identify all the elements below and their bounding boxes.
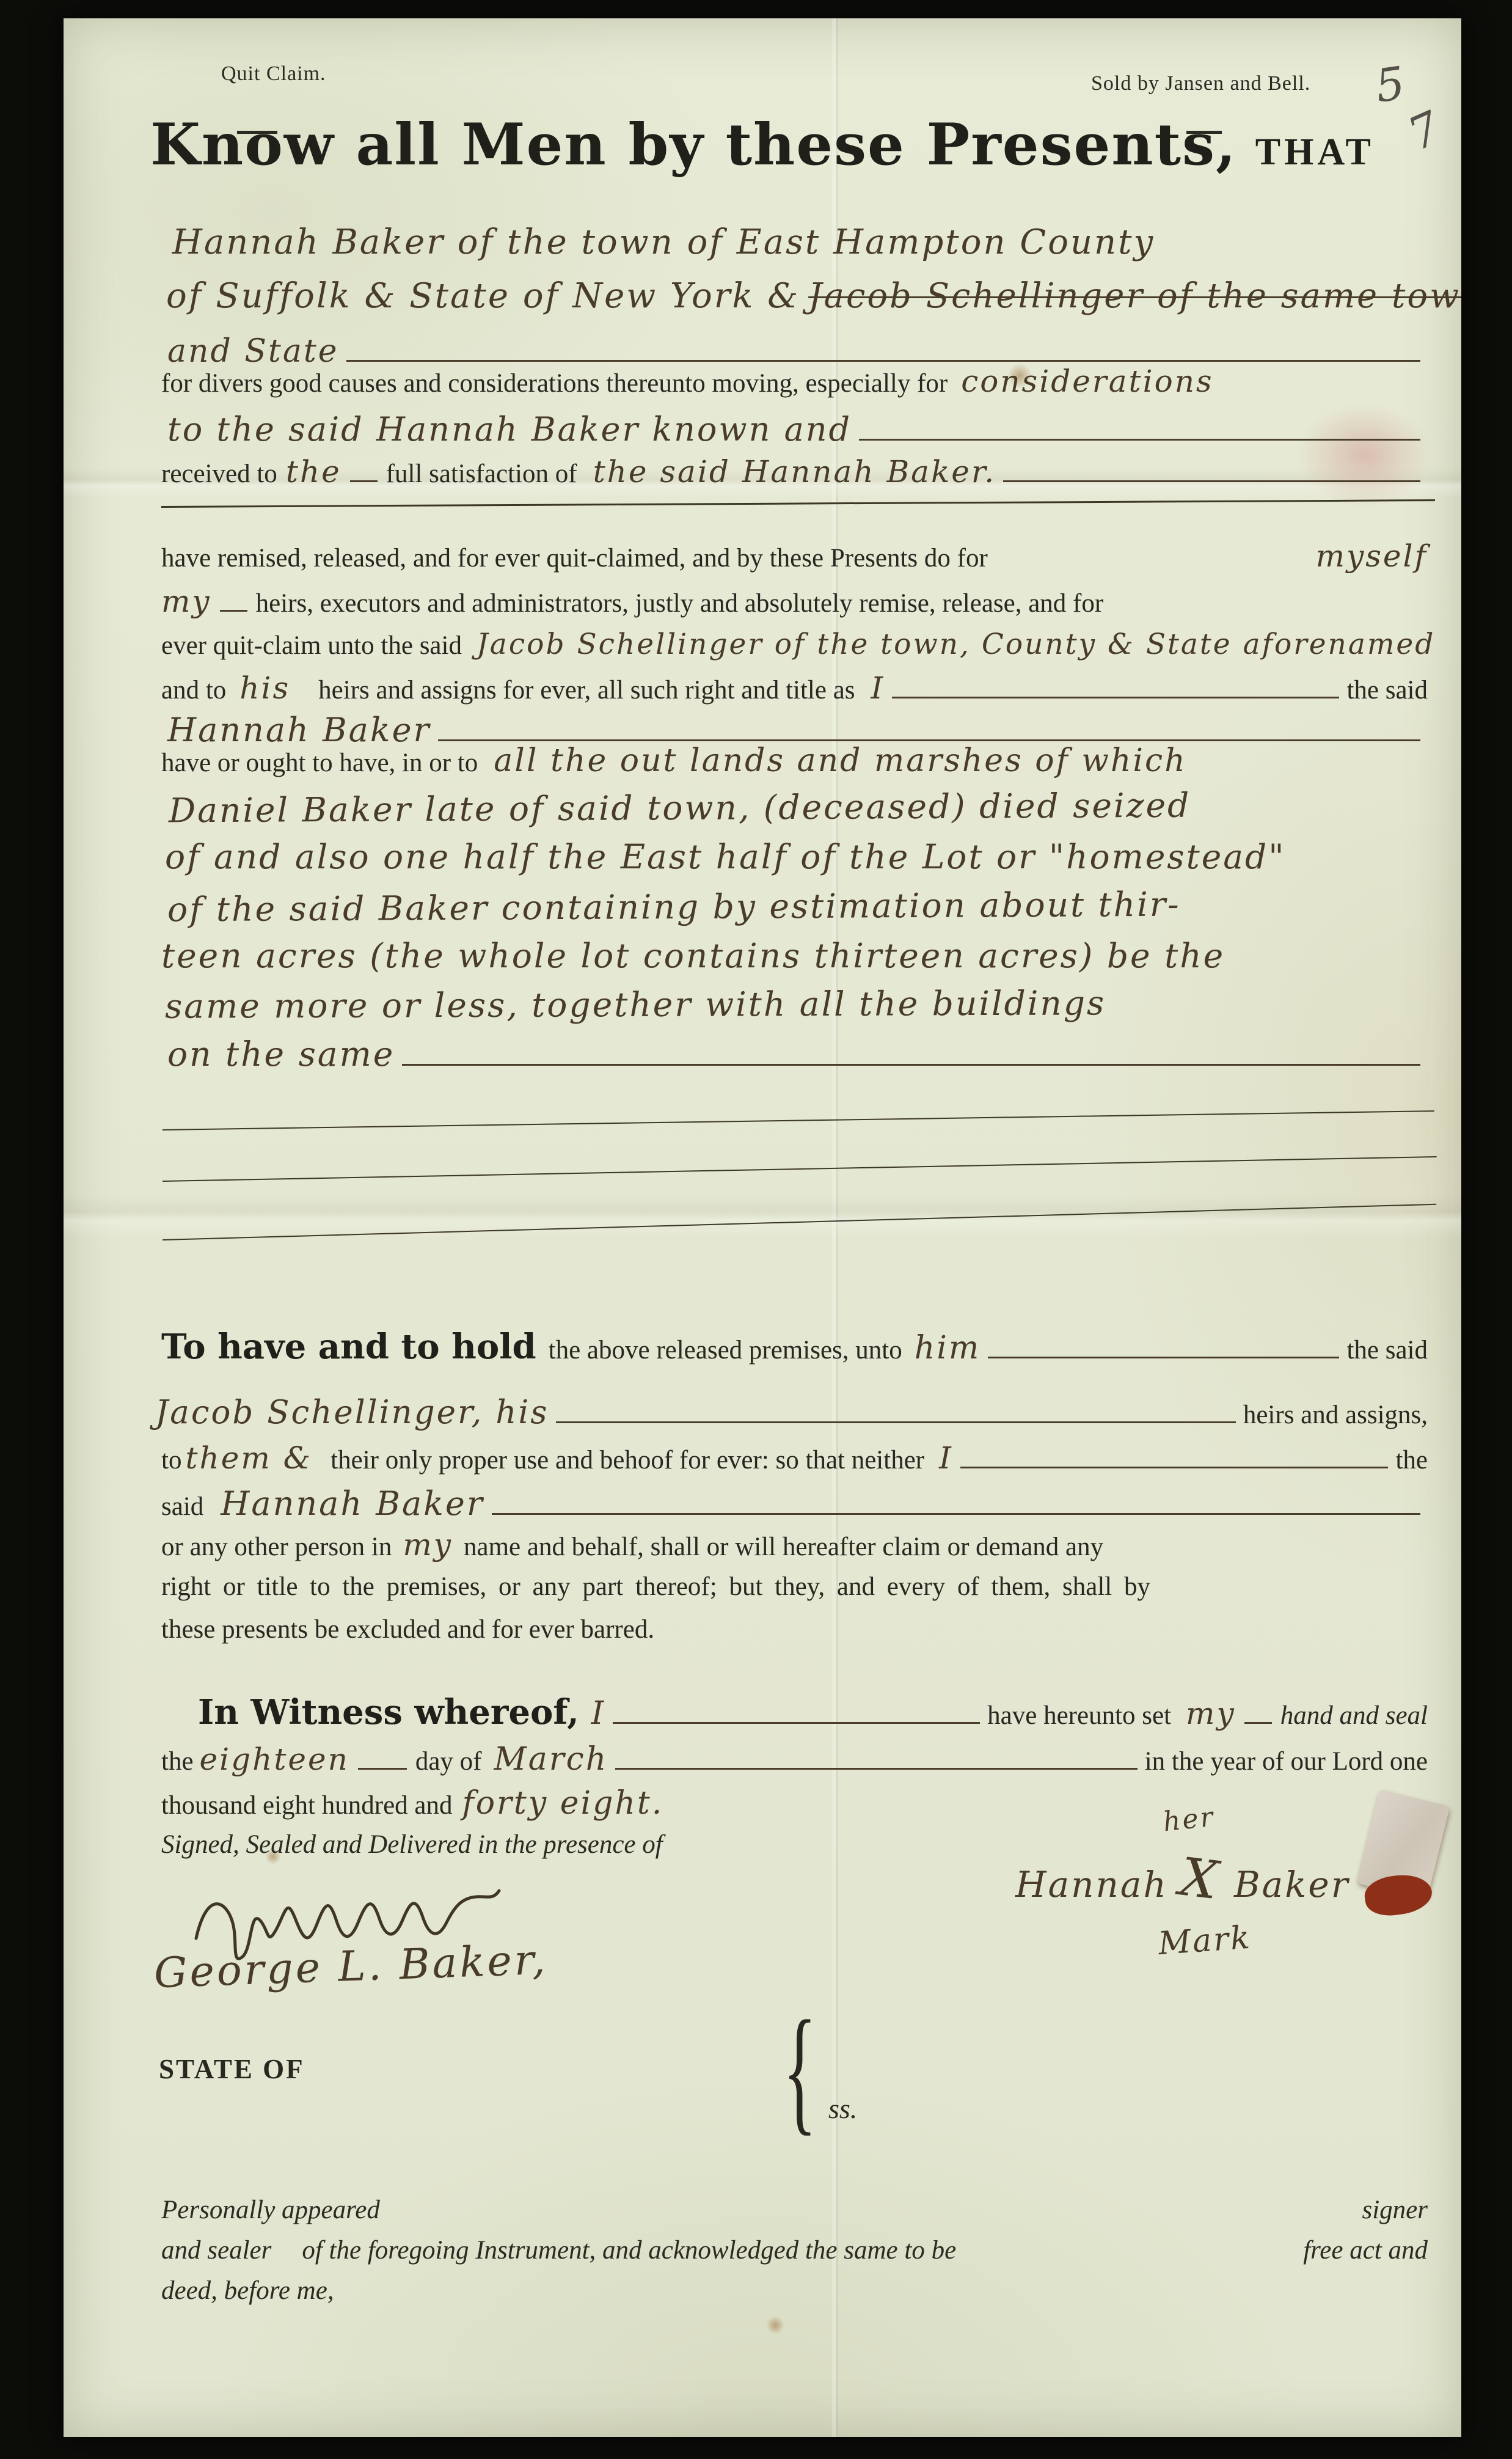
hw-grantor2: Hannah Baker <box>221 1485 484 1523</box>
hw-on-the-same-line: on the same <box>167 1035 1428 1074</box>
state-of-text: STATE OF <box>159 2054 305 2084</box>
print-the2: the <box>1395 1445 1428 1475</box>
witness-line1: In Witness whereof, I have hereunto set … <box>161 1693 1428 1732</box>
print-signed-sealed: Signed, Sealed and Delivered in the pres… <box>161 1830 663 1860</box>
blank-rule <box>346 360 1421 362</box>
blank-rule <box>556 1421 1235 1423</box>
print-said: said <box>161 1492 203 1522</box>
release-line3: ever quit-claim unto the said Jacob Sche… <box>161 628 1428 661</box>
hw-mark-label: Mark <box>1157 1921 1252 1962</box>
blank-rule <box>492 1513 1420 1515</box>
consideration-line: for divers good causes and consideration… <box>161 364 1428 400</box>
habendum-line4: said Hannah Baker <box>161 1485 1428 1523</box>
habendum-line1: To have and to hold the above released p… <box>161 1327 1428 1367</box>
hw-my3: my <box>1186 1696 1236 1732</box>
hw-known-and: to the said Hannah Baker known and <box>167 411 852 449</box>
digit-5: 5 <box>1372 57 1408 113</box>
print-year-of-lord: in the year of our Lord one <box>1145 1746 1428 1776</box>
hw-myself: myself <box>1316 539 1428 574</box>
satisfaction-line: received to the full satisfaction of the… <box>161 455 1428 490</box>
page-number-digit: 5 <box>1372 57 1408 113</box>
hw-his: his <box>239 671 290 706</box>
habendum-line6: right or title to the premises, or any p… <box>161 1572 1428 1602</box>
hw-known-line: to the said Hannah Baker known and <box>167 411 1428 449</box>
scanned-document: Quit Claim. Sold by Jansen and Bell. 5 7… <box>0 0 1512 2459</box>
print-personally-appeared: Personally appeared <box>161 2195 380 2225</box>
quit-claim-text: Quit Claim. <box>221 62 326 85</box>
print-signer: signer <box>1362 2195 1428 2225</box>
blank-ruled-line <box>163 1110 1434 1131</box>
blank-rule <box>892 697 1339 698</box>
hw-him: him <box>915 1330 981 1367</box>
form-label-sold-by: Sold by Jansen and Bell. <box>1091 72 1310 95</box>
ss-brace: { <box>766 1999 833 2140</box>
blank-rule <box>1003 480 1420 482</box>
habendum-line5: or any other person in my name and behal… <box>161 1528 1428 1563</box>
release-line4: and to his heirs and assigns for ever, a… <box>161 671 1428 706</box>
state-of-label: STATE OF <box>159 2054 305 2085</box>
short-dash <box>358 1768 407 1770</box>
blank-rule <box>615 1768 1138 1770</box>
witness-line3: thousand eight hundred and forty eight. <box>161 1786 1428 1822</box>
hw-forty-eight: forty eight. <box>462 1786 664 1822</box>
print-consideration: for divers good causes and consideration… <box>161 368 948 398</box>
print-released-premises: the above released premises, unto <box>549 1335 902 1365</box>
print-behoof: their only proper use and behoof for eve… <box>331 1445 924 1475</box>
short-dash <box>1244 1722 1272 1724</box>
hw-considerations: considerations <box>961 364 1213 400</box>
hw-the-said-grantor: the said Hannah Baker. <box>593 455 996 490</box>
hw-grantor-line: Hannah Baker of the town of East Hampton… <box>172 224 1155 262</box>
blank-rule <box>960 1467 1389 1468</box>
hw-grantee-his: Jacob Schellinger, his <box>155 1394 549 1432</box>
hw-my: my <box>161 584 211 620</box>
print-to: to <box>161 1445 181 1475</box>
blank-rule <box>988 1357 1339 1358</box>
witness-blackletter: In Witness whereof, <box>198 1693 579 1732</box>
hw-month-march: March <box>494 1742 608 1778</box>
print-thousand: thousand eight hundred and <box>161 1790 453 1820</box>
blank-ruled-line <box>163 1156 1437 1182</box>
print-excluded-barred: these presents be excluded and for ever … <box>161 1614 654 1644</box>
print-received-to: received to <box>161 459 277 489</box>
print-the3: the <box>161 1746 194 1776</box>
ack-line3: deed, before me, <box>161 2276 1428 2306</box>
release-line2: my heirs, executors and administrators, … <box>161 584 1428 620</box>
hw-on-the-same: on the same <box>167 1035 395 1074</box>
print-heirs-executors: heirs, executors and administrators, jus… <box>256 588 1104 618</box>
print-name-behalf: name and behalf, shall or will hereafter… <box>464 1532 1103 1562</box>
hw-state-grantee-line: of Suffolk & State of New York & Jacob S… <box>166 277 1461 316</box>
print-and-to: and to <box>161 675 226 705</box>
print-right-title: right or title to the premises, or any p… <box>161 1572 1150 1602</box>
hw-her: her <box>1162 1803 1216 1838</box>
hw-i3: I <box>591 1696 606 1732</box>
hw-day-eighteen: eighteen <box>200 1742 349 1778</box>
title-that: THAT <box>1255 131 1375 174</box>
print-quit-claim-unto: ever quit-claim unto the said <box>161 631 462 661</box>
hw-i: I <box>871 671 885 706</box>
release-line1: have remised, released, and for ever qui… <box>161 539 1428 574</box>
print-free-act: free act and <box>1303 2235 1428 2265</box>
signature-x-mark: X <box>1177 1848 1222 1910</box>
habendum-line7: these presents be excluded and for ever … <box>161 1614 1428 1644</box>
hw-state-text: of Suffolk & State of New York & <box>166 276 800 316</box>
hw-desc-thirteen-acres: teen acres (the whole lot contains thirt… <box>161 937 1225 975</box>
blank-rule <box>402 1064 1420 1066</box>
ss-text: ss. <box>828 2093 857 2124</box>
ack-line2: and sealer of the foregoing Instrument, … <box>161 2235 1428 2265</box>
print-the-said2: the said <box>1346 1335 1428 1365</box>
horizontal-fold-crease <box>64 1195 1461 1237</box>
blank-rule <box>613 1722 980 1724</box>
curly-brace: { <box>783 1999 817 2140</box>
hw-desc-east-half: of and also one half the East half of th… <box>165 838 1286 876</box>
print-have-or-ought: have or ought to have, in or to <box>161 748 478 778</box>
ss-label: ss. <box>828 2094 857 2125</box>
hw-struck-grantee: Jacob Schellinger of the same town, Coun <box>808 276 1461 316</box>
signature-last-name: Baker <box>1234 1864 1349 1905</box>
rust-spot <box>766 2316 784 2334</box>
print-other-person: or any other person in <box>161 1532 392 1562</box>
habendum-blackletter: To have and to hold <box>161 1327 536 1366</box>
hw-my2: my <box>403 1528 453 1563</box>
habendum-line3: to them & their only proper use and beho… <box>161 1441 1428 1476</box>
print-deed-before-me: deed, before me, <box>161 2276 334 2306</box>
print-remised: have remised, released, and for ever qui… <box>161 543 988 573</box>
hw-grantee-full: Jacob Schellinger of the town, County & … <box>477 628 1435 661</box>
ack-line1: Personally appeared signer <box>161 2195 1428 2225</box>
witness-line2: the eighteen day of March in the year of… <box>161 1742 1428 1778</box>
print-foregoing-instrument: of the foregoing Instrument, and acknowl… <box>302 2235 956 2265</box>
print-heirs-assigns: heirs and assigns for ever, all such rig… <box>318 675 855 705</box>
hw-desc-daniel-baker: Daniel Baker late of said town, (decease… <box>169 787 1191 829</box>
habendum-line2: Jacob Schellinger, his heirs and assigns… <box>155 1394 1428 1432</box>
print-hereunto-set: have hereunto set <box>987 1701 1171 1731</box>
hw-desc-estimation: of the said Baker containing by estimati… <box>167 886 1181 928</box>
short-dash <box>350 480 378 482</box>
blank-rule <box>438 739 1420 741</box>
hw-outlands: all the out lands and marshes of which <box>494 743 1186 780</box>
signature-first-name: Hannah <box>1015 1864 1168 1905</box>
deed-title: Know all Men by these Presents, THAT <box>64 111 1461 178</box>
hw-i2: I <box>939 1441 953 1476</box>
form-label-quit-claim: Quit Claim. <box>221 62 326 86</box>
blank-rule <box>859 439 1420 441</box>
print-and-sealer: and sealer <box>161 2235 271 2265</box>
title-blackletter: Know all Men by these Presents, <box>150 111 1237 178</box>
wax-seal <box>1354 1786 1461 1935</box>
deed-paper: Quit Claim. Sold by Jansen and Bell. 5 7… <box>64 18 1461 2437</box>
print-full-satisfaction: full satisfaction of <box>386 459 577 489</box>
sold-by-text: Sold by Jansen and Bell. <box>1091 72 1310 95</box>
short-dash <box>220 610 247 612</box>
grantor-signature: Hannah X Baker <box>1015 1850 1349 1908</box>
hw-desc-buildings: same more or less, together with all the… <box>165 984 1106 1025</box>
hw-them: them & <box>185 1441 312 1476</box>
hw-the: the <box>286 455 341 490</box>
print-day-of: day of <box>415 1746 482 1776</box>
premises-line1: have or ought to have, in or to all the … <box>161 743 1428 780</box>
print-the-said: the said <box>1346 675 1428 705</box>
section-rule <box>161 499 1435 508</box>
print-heirs-and-assigns: heirs and assigns, <box>1243 1400 1428 1430</box>
print-hand-and-seal: hand and seal <box>1280 1701 1428 1731</box>
